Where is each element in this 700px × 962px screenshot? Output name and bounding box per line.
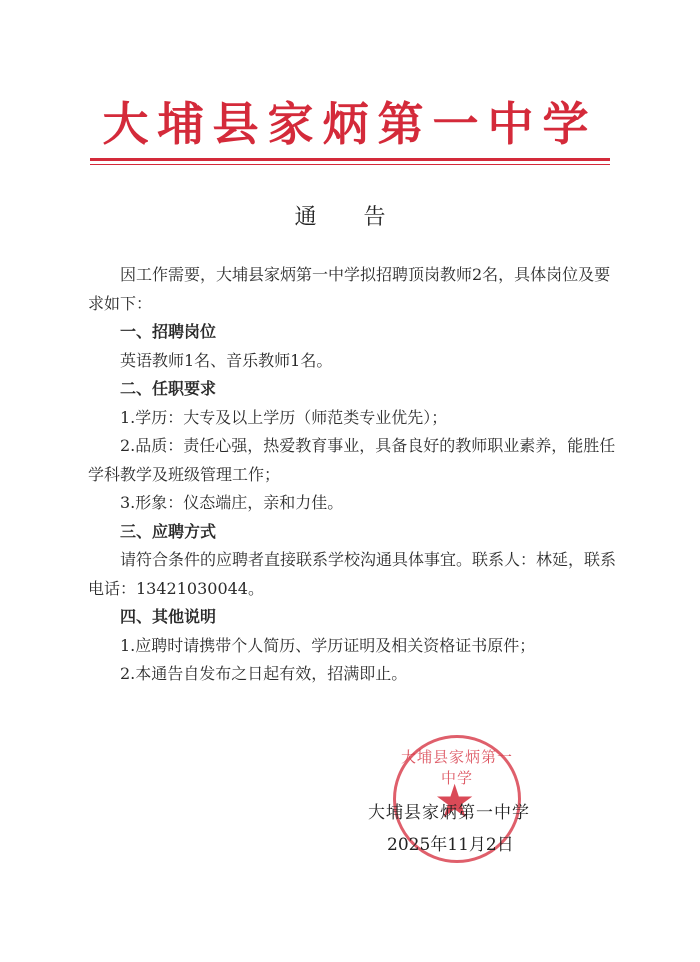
letterhead-title: 大埔县家炳第一中学 — [0, 88, 700, 154]
section-heading: 四、其他说明 — [88, 603, 618, 632]
section-heading: 一、招聘岗位 — [88, 318, 618, 347]
section-item: 2.品质：责任心强，热爱教育事业，具备良好的教师职业素养，能胜任学科教学及班级管… — [88, 432, 618, 489]
section-item: 英语教师1名、音乐教师1名。 — [88, 347, 618, 376]
section-heading: 二、任职要求 — [88, 375, 618, 404]
notice-body: 因工作需要，大埔县家炳第一中学拟招聘顶岗教师2名，具体岗位及要求如下： 一、招聘… — [88, 261, 618, 689]
section-item: 请符合条件的应聘者直接联系学校沟通具体事宜。联系人：林延，联系电话：134210… — [88, 546, 618, 603]
signature-organization: 大埔县家炳第一中学 — [368, 798, 530, 823]
intro-paragraph: 因工作需要，大埔县家炳第一中学拟招聘顶岗教师2名，具体岗位及要求如下： — [88, 261, 618, 318]
letterhead-rule-thin — [90, 164, 610, 165]
letterhead-rule-thick — [90, 158, 610, 161]
notice-title: 通 告 — [0, 200, 700, 231]
section-heading: 三、应聘方式 — [88, 518, 618, 547]
section-item: 1.应聘时请携带个人简历、学历证明及相关资格证书原件； — [88, 632, 618, 661]
section-item: 3.形象：仪态端庄，亲和力佳。 — [88, 489, 618, 518]
signature-date: 2025年11月2日 — [387, 830, 514, 855]
section-item: 2.本通告自发布之日起有效，招满即止。 — [88, 660, 618, 689]
section-item: 1.学历：大专及以上学历（师范类专业优先）； — [88, 404, 618, 433]
